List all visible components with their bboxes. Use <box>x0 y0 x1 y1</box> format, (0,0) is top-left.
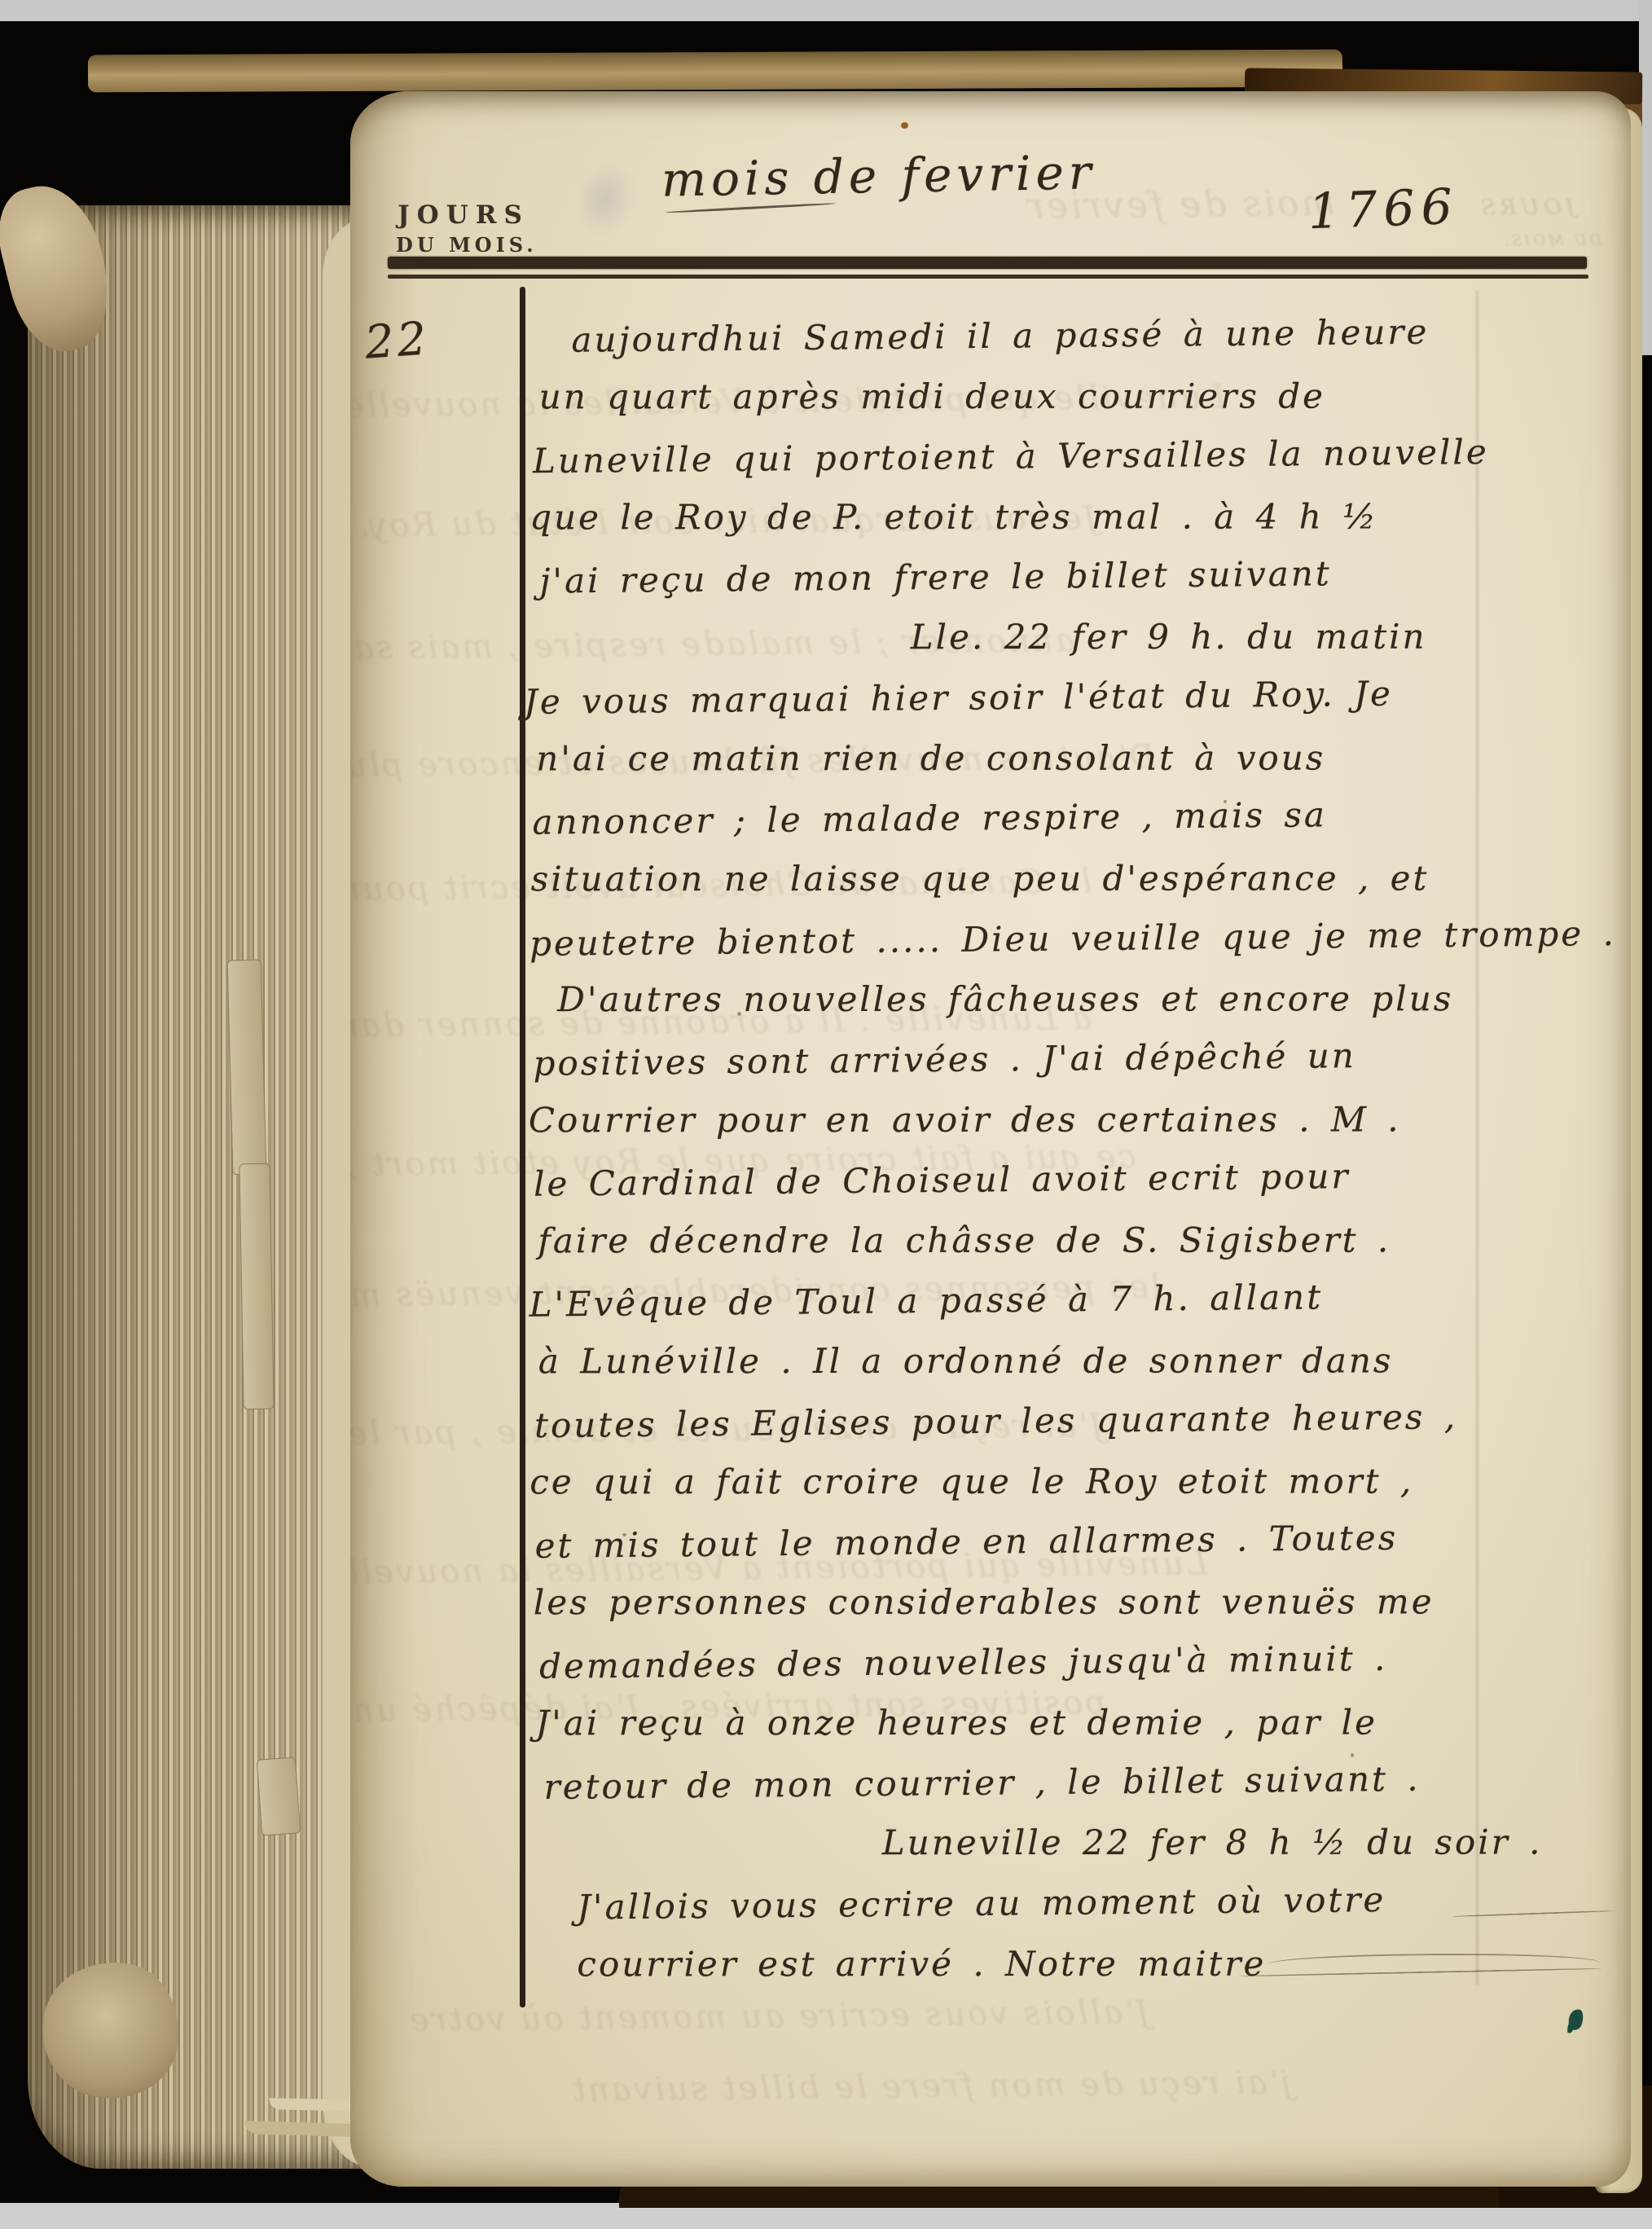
manuscript-line: que le Roy de P. etoit très mal . à 4 h … <box>529 496 1378 537</box>
manuscript-line: ce qui a fait croire que le Roy etoit mo… <box>529 1461 1413 1501</box>
paper-speck <box>737 1012 741 1016</box>
manuscript-line: un quart après midi deux courriers de <box>539 376 1325 417</box>
manuscript-line: n'ai ce matin rien de consolant à vous <box>536 738 1325 779</box>
manuscript-line: les personnes considerables sont venuës … <box>534 1581 1435 1622</box>
manuscript-line: J'ai reçu à onze heures et demie , par l… <box>535 1702 1377 1743</box>
manuscript-line: peutetre bientot ..... Dieu veuille que … <box>529 913 1616 964</box>
pen-flourish <box>1268 1952 1600 1975</box>
manuscript-line: L'Evêque de Toul a passé à 7 h. allant <box>529 1277 1323 1324</box>
green-ink-mark <box>1566 2007 1585 2031</box>
printed-header-jours: JOURS <box>398 200 529 230</box>
scanner-bed-top <box>0 0 1652 21</box>
journal-page: mois de fevrier JOURS DU MOIS. Luneville… <box>350 91 1631 2187</box>
manuscript-line: à Lunéville . Il a ordonné de sonner dan… <box>538 1340 1394 1381</box>
header-rule-thin <box>388 275 1588 279</box>
paper-speck <box>622 1533 626 1537</box>
margin-column-rule <box>520 287 525 2007</box>
manuscript-line: positives sont arrivées . J'ai dépêché u… <box>533 1035 1356 1084</box>
manuscript-line: aujourdhui Samedi il a passé à une heure <box>571 312 1429 360</box>
scanned-journal-photo: mois de fevrier JOURS DU MOIS. Luneville… <box>0 0 1652 2229</box>
manuscript-line: Courrier pour en avoir des certaines . M… <box>529 1099 1401 1140</box>
manuscript-line: faire décendre la châsse de S. Sigisbert… <box>538 1220 1391 1260</box>
bookmark-tab <box>257 1756 301 1836</box>
bleed-through-text: JOURS <box>1476 195 1575 220</box>
day-number: 22 <box>363 312 432 369</box>
paper-speck <box>1351 1753 1354 1757</box>
handwritten-month-title: mois de fevrier <box>661 144 1096 207</box>
manuscript-line: D'autres nouvelles fâcheuses et encore p… <box>557 978 1453 1019</box>
bookmark-tab <box>239 1163 274 1410</box>
manuscript-line: situation ne laisse que peu d'espérance … <box>531 858 1430 899</box>
handwritten-year: 1766 <box>1307 178 1460 240</box>
manuscript-line: retour de mon courrier , le billet suiva… <box>543 1759 1420 1807</box>
manuscript-line: demandées des nouvelles jusqu'à minuit . <box>539 1638 1388 1686</box>
manuscript-line: j'ai reçu de mon frere le billet suivant <box>539 553 1332 600</box>
book-top-edge <box>88 50 1342 93</box>
manuscript-line: toutes les Eglises pour les quarante heu… <box>534 1396 1457 1445</box>
manuscript-line: et mis tout le monde en allarmes . Toute… <box>534 1518 1398 1566</box>
paper-speck <box>901 122 908 129</box>
printed-header-du-mois: DU MOIS. <box>396 233 538 257</box>
manuscript-line: Luneville 22 fer 8 h ½ du soir . <box>882 1822 1543 1862</box>
manuscript-line: le Cardinal de Choiseul avoit ecrit pour <box>534 1156 1351 1204</box>
bleed-through-text: J'allois vous ecrire au moment où votre <box>407 1994 1150 2039</box>
bleed-through-text: j'ai reçu de mon frere le billet suivant <box>570 2064 1291 2108</box>
manuscript-line: Lle. 22 fer 9 h. du matin <box>911 617 1427 657</box>
manuscript-line: Je vous marquai hier soir l'état du Roy.… <box>524 674 1393 722</box>
manuscript-line: J'allois vous ecrire au moment où votre <box>577 1879 1386 1928</box>
paper-speck <box>1224 800 1227 803</box>
bookmark-tab <box>227 959 267 1175</box>
faint-pencil-mark <box>565 152 646 245</box>
paper-fold-line <box>1476 290 1478 1985</box>
manuscript-line: courrier est arrivé . Notre maitre <box>577 1944 1266 1985</box>
header-rule-thick <box>388 257 1587 269</box>
manuscript-line: Luneville qui portoient à Versailles la … <box>533 432 1489 481</box>
bleed-through-text: DU MOIS. <box>1502 231 1601 249</box>
manuscript-line: annoncer ; le malade respire , mais sa <box>532 794 1327 842</box>
